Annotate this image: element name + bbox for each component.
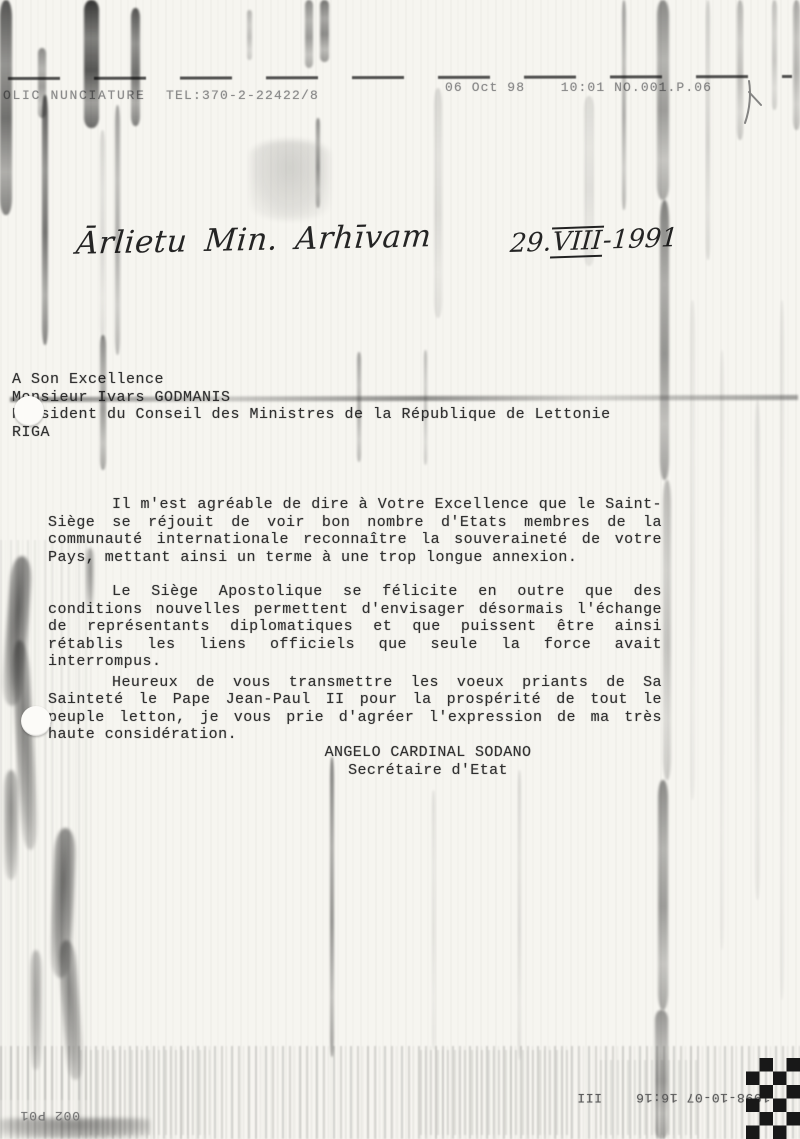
fax-header-tel: TEL:370-2-22422/8 <box>166 88 319 103</box>
signature-title: Secrétaire d'Etat <box>318 762 538 780</box>
fax-footer-page-id: 002 P01 <box>8 1108 80 1123</box>
scan-streak <box>330 757 334 1057</box>
handwritten-date-day: 29. <box>509 227 552 259</box>
handwritten-check-mark <box>740 78 766 126</box>
scan-streak <box>131 8 140 126</box>
scan-blob <box>11 640 40 851</box>
scan-streak <box>772 0 777 110</box>
signature-block: ANGELO CARDINAL SODANO Secrétaire d'Etat <box>318 744 538 780</box>
scan-blob <box>49 828 76 979</box>
scan-streak <box>755 400 760 900</box>
scan-streak <box>706 0 710 260</box>
fax-header-station: OLIC NUNCIATURE <box>3 88 146 103</box>
scan-blob <box>250 140 330 220</box>
scan-streak <box>316 118 320 208</box>
scanned-letter-page: OLIC NUNCIATURE TEL:370-2-22422/8 06 Oct… <box>0 0 800 1139</box>
scan-streak <box>0 0 12 215</box>
scan-blob <box>30 950 42 1070</box>
signature-name: ANGELO CARDINAL SODANO <box>318 744 538 762</box>
letter-paragraph: Il m'est agréable de dire à Votre Excell… <box>48 496 662 566</box>
scan-streak <box>42 95 48 345</box>
scan-streak <box>38 48 46 118</box>
scan-streak <box>663 480 671 780</box>
scan-streak <box>657 0 669 200</box>
fax-header-timestamp: 06 Oct 98 10:01 NO.001.P.06 <box>445 80 712 95</box>
scan-streak <box>655 1010 668 1139</box>
scan-calibration-checkerboard <box>746 1058 800 1139</box>
scan-blob <box>1 555 33 706</box>
recipient-title: Président du Conseil des Ministres de la… <box>12 406 611 424</box>
scan-streak <box>247 10 252 60</box>
scan-streak <box>622 0 626 210</box>
hole-punch <box>14 396 44 426</box>
scan-streak <box>780 300 784 1000</box>
letter-paragraph: Le Siège Apostolique se félicite en outr… <box>48 583 662 671</box>
handwritten-date-year: -1991 <box>602 223 679 256</box>
scan-blob <box>57 940 85 1081</box>
scan-streak <box>320 0 329 62</box>
handwritten-date-month-roman: VIII <box>550 226 604 259</box>
scan-streak <box>432 790 435 1050</box>
handwritten-archive-note: Ārlietu Min. Arhīvam <box>75 218 433 262</box>
scan-blob <box>4 770 18 880</box>
recipient-address-block: A Son Excellence Monsieur Ivars GODMANIS… <box>12 371 611 441</box>
recipient-city: RIGA <box>12 424 611 442</box>
hole-punch <box>21 706 51 736</box>
scan-streak <box>658 780 668 1010</box>
scan-streak <box>720 350 724 950</box>
scan-noise-band <box>420 1050 570 1135</box>
scan-streak <box>690 300 695 800</box>
recipient-salutation: A Son Excellence <box>12 371 611 389</box>
scan-streak <box>84 0 99 128</box>
scan-smudge-line <box>10 395 798 402</box>
scan-streak <box>518 770 521 1060</box>
letter-body: Il m'est agréable de dire à Votre Excell… <box>48 496 662 744</box>
scan-streak <box>793 0 800 130</box>
scan-noise-band <box>80 1050 210 1135</box>
letter-paragraph: Heureux de vous transmettre les voeux pr… <box>48 674 662 744</box>
handwritten-date: 29.VIII-1991 <box>509 223 679 260</box>
scan-streak <box>305 0 313 68</box>
scan-streak <box>434 88 442 318</box>
fax-footer-timestamp: 1998-10-07 16:16 III <box>556 1090 770 1105</box>
